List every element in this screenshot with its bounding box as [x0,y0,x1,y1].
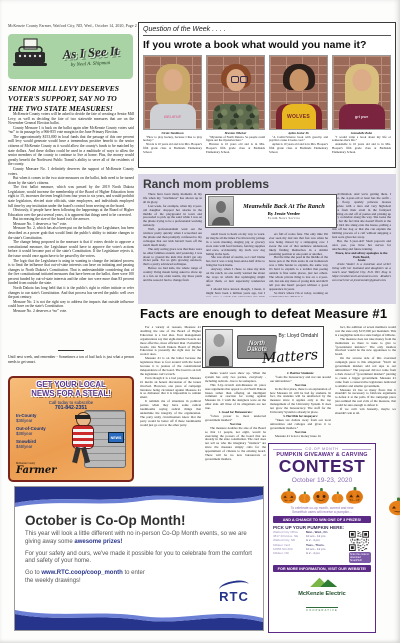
pumpkin-icon [312,488,330,504]
paragraph: But when it comes to the two state measu… [8,176,134,185]
rtc-p3d: the weekly drawings! [25,578,81,584]
question-of-the-week-box: Question of the Week . . . . If you wrot… [138,22,396,168]
shirt: WOLVES [276,104,322,129]
ranch-column-1: There have been many moments in my life … [143,193,202,297]
student-bio: Nicole is 10 years old and is in Mrs. Ho… [143,143,202,154]
facts-column-1: For a variety of reasons, Measure #1 dou… [140,326,201,478]
paragraph: If we can't win honestly, maybe we shoul… [335,408,396,416]
subscription-ad: GET YOUR LOCAL NEWS FOR A STEAL! Call to… [8,376,134,482]
student-photo-2 [206,55,265,130]
face [289,69,308,91]
location-row: Watford City Office 3817 23rd Ave. NE Wa… [273,531,346,542]
paragraph: There have been many moments in my life … [143,193,202,205]
paragraph: The logic that the Legislature is using … [8,259,134,286]
paragraph: ments would soon show up. When the syste… [205,372,266,384]
lloyd-omdahl-portrait [205,329,233,367]
location-city: Watford City, ND [273,539,303,543]
pumpkin-contest-ad: CO-OP MONTH PUMPKIN GIVEAWAY & CARVING C… [268,443,376,633]
news-badge: NEWS [108,432,124,443]
location-hours: & 2 - 4 pm [306,552,325,556]
paragraph: ranch boots to heels on my way to work. … [206,233,265,256]
student-photo-1: BELIEVE [143,55,202,130]
facts-byline: By: Lloyd Omdahl [279,333,318,339]
paragraph: Measure #1 is not a money issue. In [270,435,331,439]
subscription-rates: In-County $36/year Out-of-County $38/yea… [16,410,46,449]
rate-price: $38/year [16,431,46,436]
rate-price: $48/year [16,444,46,449]
paragraph: Measure #1 is on the ballot because the … [140,357,201,377]
paragraph: Jessie Veeder is a musician and writer l… [332,263,391,283]
paragraph: So that's where I'm at today, working on… [269,292,328,297]
paragraph: Last week, for example, when my 2-year-o… [143,205,202,228]
paragraph: County Measure 1 is back on the ballot a… [8,126,134,135]
typewriter-icon [10,38,50,75]
wave-decoration-bottom [15,606,263,630]
section-divider [58,350,84,351]
shirt-text: grl pwr [355,114,368,119]
question-kicker: Question of the Week . . . . [143,26,391,36]
electric-coop-sub: COOPERATIVE [306,607,338,612]
pumpkin-icons-row [273,487,371,504]
shirt-text: WOLVES [287,114,310,120]
paragraph: Well, professionalism went out the windo… [143,228,202,248]
thief-body [72,425,94,449]
glasses [224,76,248,81]
pumpkin-icon [345,487,364,504]
qr-caption: Scan the code to download SmartHub! [349,552,371,563]
paragraph: County Measure No. 1 definitely deserves… [8,167,134,176]
question-headline: If you wrote a book what would you name … [143,39,391,51]
paragraph: For a variety of reasons, Measure #1 dou… [140,326,201,357]
qr-code [349,531,369,551]
student-caption-3: Ayden Savior Po “A Comic/Science book wi… [269,132,328,154]
paragraph: Measure No. 2, which has also been put o… [8,226,134,240]
thief-leg [72,447,81,464]
rtc-logo: RTC [219,581,249,604]
paragraph: North Dakota has long held that it is th… [8,286,134,300]
student-bio: Ayden is 10 years old and is in Mrs. Hoo… [269,143,328,154]
paragraph: The first ballot measure, which was pass… [8,185,134,208]
paragraph: ers full of rodeo fans. The only time I'… [269,233,328,256]
rtc-p3c: to enter [123,570,145,576]
editorial-headline: SENIOR MILL LEVY DESERVES VOTER'S SUPPOR… [8,84,134,114]
rate-price: $36/year [16,418,46,423]
masthead: McKenzie County Farmer, Watford City, ND… [8,24,137,28]
shirt [213,104,259,129]
paragraph: This 3-by-12-inch anti-Measure #1 piece … [205,384,266,411]
jessie-veeder-portrait [208,196,234,226]
face [163,69,182,91]
rtc-coop-month-ad: October is Co-Op Month! This year will l… [14,486,264,631]
paragraph: Measure No. 2 deserves a “no” vote. [8,309,134,314]
pickup-locations: Watford City Office 3817 23rd Ave. NE Wa… [273,531,346,563]
matters-script-logo: Matters [261,347,318,367]
student-bio: Annabelle is 10 years old and is in Mrs.… [332,143,391,154]
pumpkin-ad-dates: October 19-23, 2020 [273,477,371,484]
student-photo-3: WOLVES [269,55,328,130]
ranch-article: Ranch mom problems There have been many … [138,174,396,304]
north-dakota-matters-box: North Dakota By: Lloyd Omdahl Matters [202,326,324,368]
editorial-tagline: Until next week, and remember - Sometime… [8,355,134,365]
rtc-body: This year will look a little different w… [25,531,253,586]
rtc-p1: This year will look a little different w… [25,531,247,545]
paragraph: The change being proposed in the measure… [8,240,134,258]
paragraph: Anyway, when I chose to raise my kids on… [206,268,265,288]
farmer-masthead-logo: McKenzie County Farmer [16,463,57,476]
newspaper-page: McKenzie County Farmer, Watford City, ND… [0,0,400,643]
paragraph: fact, the addition of seven members woul… [335,326,396,338]
student-bio: Braxton is 10 years old and is in Mrs. H… [206,143,265,154]
paragraph: McKenzie County voters will be asked to … [8,112,134,126]
rtc-headline: October is Co-Op Month! [25,513,263,528]
location-city: Killdeer, ND [273,552,303,556]
mckenzie-electric-logo: McKenzie Electric COOPERATIVE [273,574,371,616]
info-banner: FOR MORE INFORMATION, VISIT OUR WEBSITE! [273,565,371,572]
location-hours: & 2 - 4 pm [306,539,328,543]
paragraph: civilization. And we're getting there. I… [332,193,391,240]
paragraph: But, the 3-year-old? Snail popcorn and o… [332,240,391,252]
shirt: grl pwr [339,104,385,129]
rtc-url: www.RTC.coop/coop_month [41,570,122,576]
paragraph: Even though it is a bad proposal, Measur… [140,377,201,400]
paragraph: I should have known though, I mean, it m… [206,288,265,297]
facts-headline: Facts are enough to defeat Measure #1 [140,306,396,321]
wave-decoration-top [15,487,263,511]
paragraph: But the time she peed in the middle of t… [269,256,328,291]
rtc-p2: For your safety and ours, we've made it … [25,551,253,567]
paragraph: Measure No. 2 is not the right way to ad… [8,300,134,309]
ranch-byline-box: Meanwhile Back At The Ranch By Jessie Ve… [205,194,337,228]
paragraph: Obviously, if people have been following… [8,208,134,217]
column-logo-byline: by Neal A. Shipman [50,60,131,69]
location-row: Killdeer Yard 10656 ND-200 Killdeer, ND … [273,544,346,555]
editorial-body: McKenzie County voters will be asked to … [8,112,134,344]
rtc-p3: Go to [25,570,41,576]
farmer-logo-name: Farmer [16,466,57,476]
paragraph: Measure #1 has so many flaws that it sho… [335,389,396,409]
thief-mask [75,415,90,419]
shirt-text: BELIEVE [164,114,181,119]
paragraph: The measure doubles the size of the Boar… [205,427,266,462]
newspaper-thief-cartoon: NEWS [66,406,128,470]
student-caption-2: Braxton Olheiser “Mysteries of North Dak… [206,132,265,154]
subad-title-line2: NEWS FOR A STEAL! [13,390,129,399]
student-caption-4: Jennabelle Bohn “I would write a book ab… [332,132,391,154]
paragraph: In the first place, there is an explanat… [270,388,331,415]
mountains-icon [305,576,339,587]
pumpkin-icon [280,488,297,504]
as-i-see-it-logo: As I See It by Neal A. Shipman [8,34,133,79]
paragraph: It reminds me of situations in political… [140,400,201,427]
pumpkin-ad-kicker: CO-OP MONTH [273,447,371,451]
pumpkin-intro-2: SmartHub users will receive a pumpkin... [273,510,371,514]
pumpkin-icon [331,491,344,504]
pumpkin-icon [298,491,311,504]
facts-column-4: fact, the addition of seven members woul… [335,326,396,434]
ranch-headline: Ranch mom problems [143,177,391,191]
paragraph: Before we had kids, the whole range of c… [143,267,202,283]
ranch-service: Forum News Service [234,216,334,220]
paragraph: The only saving grace was that there wer… [143,248,202,268]
student-caption-1: Nicole Tomlinson “How to play hockey, be… [143,132,202,154]
paragraph: The approximately $153,000 in local fund… [8,135,134,167]
ranch-column-4: civilization. And we're getting there. I… [332,193,391,297]
paragraph: On the reverse side of this oversized ca… [335,357,396,388]
electric-coop-name: McKenzie Electric [273,592,371,598]
edge-pumpkin-icon [388,497,400,521]
student-photo-4: grl pwr [332,55,391,130]
rtc-p1-highlight: awesome prizes! [74,539,122,545]
column-logo-title: As I See It [50,43,132,62]
prize-banner: AND A CHANCE TO WIN ONE OF 3 PRIZES! [273,516,371,523]
face [352,69,371,91]
paragraph: The measure does not take money from the… [335,338,396,358]
ranch-column-title: Meanwhile Back At The Ranch [234,203,334,210]
shirt: BELIEVE [150,104,196,129]
pumpkin-ad-contest: CONTEST [273,458,371,476]
paragraph: “Takes tax dollars away from our local u… [270,419,331,431]
